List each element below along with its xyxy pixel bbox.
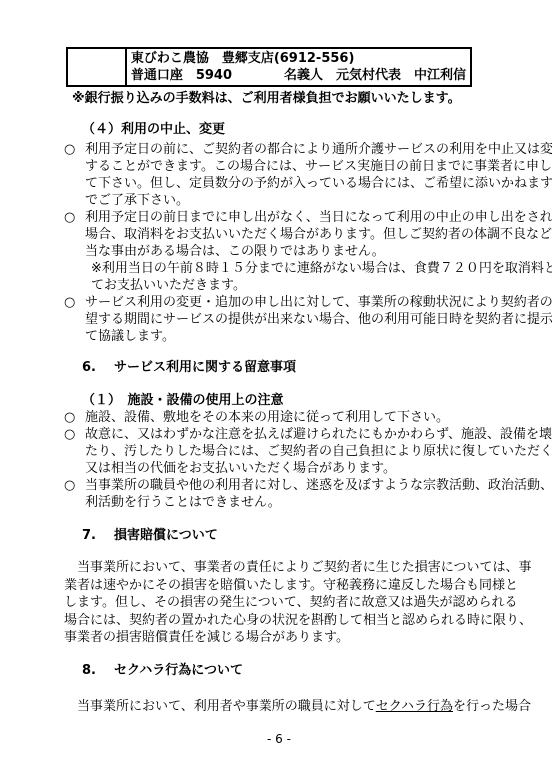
- text-line: 当事業所の職員や他の利用者に対し、迷惑を及ぼすような宗教活動、政治活動、営: [85, 477, 552, 494]
- text-line: 又は相当の代価をお支払いいただく場合があります。: [85, 460, 552, 477]
- bank-table-right-cell: 東びわこ農協 豊郷支店(6912-556) 普通口座 5940 名義人 元気村代…: [127, 49, 470, 85]
- document-content: 東びわこ農協 豊郷支店(6912-556) 普通口座 5940 名義人 元気村代…: [0, 0, 552, 748]
- text-line: します。但し、その損害の発生について、契約者に故意又は過失が認められる: [64, 594, 494, 612]
- text-line: 当な事由がある場合は、この限りではありません。: [85, 243, 552, 260]
- section7-paragraph: 当事業所において、事業者の責任によりご契約者に生じた損害については、事業者は速や…: [64, 559, 494, 647]
- bullet-item: ○利用予定日の前に、ご契約者の都合により通所介護サービスの利用を中止又は変更する…: [64, 141, 494, 209]
- bullet-text: 利用予定日の前に、ご契約者の都合により通所介護サービスの利用を中止又は変更するこ…: [85, 141, 552, 209]
- section8-text-before: 当事業所において、利用者や事業所の職員に対して: [64, 699, 376, 714]
- bullet-text: 施設、設備、敷地をその本来の用途に従って利用して下さい。: [85, 409, 494, 426]
- heading-section8-number: 8.: [82, 662, 114, 679]
- section6-bullet-list: ○施設、設備、敷地をその本来の用途に従って利用して下さい。○故意に、又はわずかな…: [64, 409, 494, 511]
- text-line: 望する期間にサービスの提供が出来ない場合、他の利用可能日時を契約者に提示し: [85, 311, 552, 328]
- heading-section7: 7. 損害賠償について: [82, 527, 494, 544]
- page-number: - 6 -: [64, 731, 494, 748]
- text-line: 施設、設備、敷地をその本来の用途に従って利用して下さい。: [85, 409, 494, 426]
- circle-bullet-marker: ○: [64, 409, 85, 426]
- text-line: 場合、取消料をお支払いいただく場合があります。但しご契約者の体調不良など正: [85, 226, 552, 243]
- heading-section6-number: 6.: [82, 359, 114, 376]
- sekuhara-underlined-term: セクハラ行為: [376, 699, 453, 714]
- text-line: 利用予定日の前日までに申し出がなく、当日になって利用の中止の申し出をされた: [85, 209, 552, 226]
- text-line: てお支払いいただきます。: [91, 277, 552, 294]
- bank-table-left-cell: [68, 49, 127, 85]
- circle-bullet-marker: ○: [64, 141, 85, 209]
- circle-bullet-marker: ○: [64, 209, 85, 294]
- circle-bullet-marker: ○: [64, 294, 85, 345]
- circle-bullet-marker: ○: [64, 477, 85, 511]
- bullet-item: ○当事業所の職員や他の利用者に対し、迷惑を及ぼすような宗教活動、政治活動、営利活…: [64, 477, 494, 511]
- bullet-text: 当事業所の職員や他の利用者に対し、迷惑を及ぼすような宗教活動、政治活動、営利活動…: [85, 477, 552, 511]
- text-line: サービス利用の変更・追加の申し出に対して、事業所の稼動状況により契約者の希: [85, 294, 552, 311]
- bullet-item: ○サービス利用の変更・追加の申し出に対して、事業所の稼動状況により契約者の希望す…: [64, 294, 494, 345]
- text-line: でご了承下さい。: [85, 192, 552, 209]
- circle-bullet-marker: ○: [64, 426, 85, 477]
- text-line: 故意に、又はわずかな注意を払えば避けられたにもかかわらず、施設、設備を壊し: [85, 426, 552, 443]
- heading-section7-title: 損害賠償について: [114, 527, 218, 544]
- section4-bullet-list: ○利用予定日の前に、ご契約者の都合により通所介護サービスの利用を中止又は変更する…: [64, 141, 494, 345]
- heading-section6-title: サービス利用に関する留意事項: [114, 359, 296, 376]
- text-line: することができます。この場合には、サービス実施日の前日までに事業者に申し出: [85, 158, 552, 175]
- bank-account-table: 東びわこ農協 豊郷支店(6912-556) 普通口座 5940 名義人 元気村代…: [66, 47, 472, 87]
- bullet-item: ○施設、設備、敷地をその本来の用途に従って利用して下さい。: [64, 409, 494, 426]
- text-line: 利用予定日の前に、ご契約者の都合により通所介護サービスの利用を中止又は変更: [85, 141, 552, 158]
- heading-section8-title: セクハラ行為について: [114, 662, 243, 679]
- section8-text-after: を行った場合: [453, 699, 531, 714]
- bullet-text: サービス利用の変更・追加の申し出に対して、事業所の稼動状況により契約者の希望する…: [85, 294, 552, 345]
- transfer-fee-note: ※銀行振り込みの手数料は、ご利用者様負担でお願いいたします。: [72, 90, 494, 107]
- bullet-item: ○利用予定日の前日までに申し出がなく、当日になって利用の中止の申し出をされた場合…: [64, 209, 494, 294]
- heading-section4: （４）利用の中止、変更: [82, 121, 494, 138]
- heading-section7-number: 7.: [82, 527, 114, 544]
- text-line: たり、汚したりした場合には、ご契約者の自己負担により原状に復していただくか、: [85, 443, 552, 460]
- heading-section8: 8. セクハラ行為について: [82, 662, 494, 679]
- text-line: て協議します。: [85, 328, 552, 345]
- text-line: 場合には、契約者の置かれた心身の状況を斟酌して相当と認められる時に限り、: [64, 612, 494, 630]
- text-line: 業者は速やかにその損害を賠償いたします。守秘義務に違反した場合も同様と: [64, 577, 494, 595]
- text-line: ※利用当日の午前８時１５分までに連絡がない場合は、食費７２０円を取消料とし: [91, 260, 552, 277]
- heading-section6-sub1: （１） 施設・設備の使用上の注意: [82, 392, 494, 409]
- document-page: 東びわこ農協 豊郷支店(6912-556) 普通口座 5940 名義人 元気村代…: [0, 0, 552, 778]
- section8-paragraph: 当事業所において、利用者や事業所の職員に対してセクハラ行為を行った場合: [64, 698, 494, 715]
- text-line: 当事業所において、事業者の責任によりご契約者に生じた損害については、事: [64, 559, 494, 577]
- account-number-line: 普通口座 5940 名義人 元気村代表 中江利信: [131, 67, 466, 84]
- bullet-subnote: ※利用当日の午前８時１５分までに連絡がない場合は、食費７２０円を取消料としてお支…: [91, 260, 552, 294]
- bullet-text: 故意に、又はわずかな注意を払えば避けられたにもかかわらず、施設、設備を壊したり、…: [85, 426, 552, 477]
- text-line: 事業者の損害賠償責任を減じる場合があります。: [64, 629, 494, 647]
- text-line: て下さい。但し、定員数分の予約が入っている場合には、ご希望に添いかねますの: [85, 175, 552, 192]
- text-line: 利活動を行うことはできません。: [85, 494, 552, 511]
- heading-section6: 6. サービス利用に関する留意事項: [82, 359, 494, 376]
- bank-name-line: 東びわこ農協 豊郷支店(6912-556): [131, 50, 466, 67]
- bullet-text: 利用予定日の前日までに申し出がなく、当日になって利用の中止の申し出をされた場合、…: [85, 209, 552, 294]
- bullet-item: ○故意に、又はわずかな注意を払えば避けられたにもかかわらず、施設、設備を壊したり…: [64, 426, 494, 477]
